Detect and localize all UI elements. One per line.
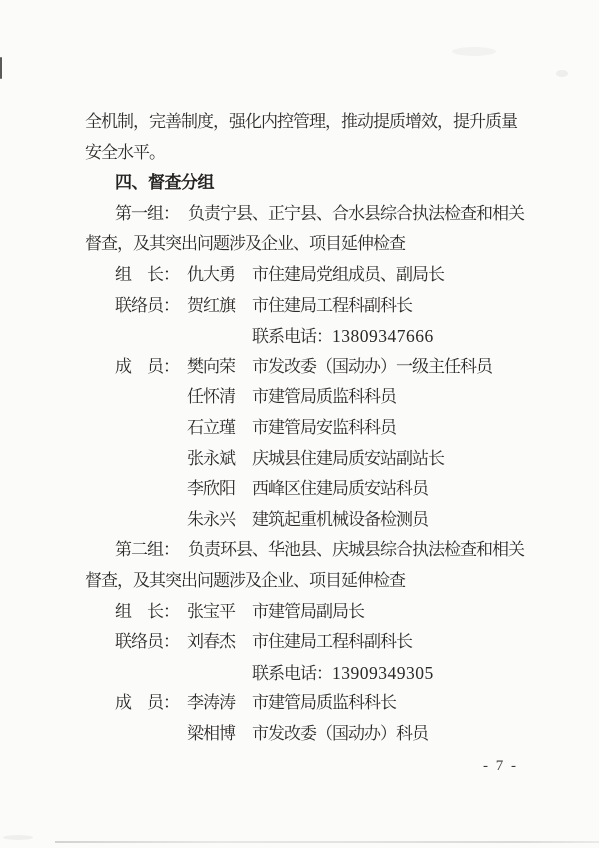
group-1-duty-line1: 负责宁县、正宁县、合水县综合执法检查和相关	[188, 204, 524, 224]
person-title: 市住建局党组成员、副局长	[252, 265, 444, 285]
phone-number: 13809347666	[332, 326, 434, 346]
phone-label: 联系电话：	[252, 664, 332, 683]
person-title: 市住建局工程科副科长	[252, 296, 412, 316]
role-label: 联络员：	[115, 632, 179, 652]
person-name: 梁相博	[187, 724, 235, 744]
scan-smudge	[556, 70, 568, 77]
person-title: 市建管局安监科科员	[252, 418, 396, 438]
role-row: 组 长： 张宝平 市建管局副局长	[85, 602, 545, 624]
role-label: 成 员：	[115, 357, 179, 377]
group-1-header: 第一组： 负责宁县、正宁县、合水县综合执法检查和相关	[85, 204, 545, 226]
scanned-document-page: 全机制，完善制度，强化内控管理，推动提质增效，提升质量 安全水平。 四、督查分组…	[0, 0, 599, 848]
person-name: 朱永兴	[187, 510, 235, 530]
person-name: 刘春杰	[187, 632, 235, 652]
phone-number: 13909349305	[332, 663, 434, 683]
member-row: 李欣阳 西峰区住建局质安站科员	[85, 479, 545, 501]
person-title: 市建管局质监科科长	[252, 693, 396, 713]
person-title: 市建管局质监科科员	[252, 387, 396, 407]
group-2-header: 第二组： 负责环县、华池县、庆城县综合执法检查和相关	[85, 540, 545, 562]
section-heading: 四、督查分组	[115, 173, 214, 195]
role-row: 联络员： 贺红旗 市住建局工程科副科长	[85, 296, 545, 318]
role-row: 联络员： 刘春杰 市住建局工程科副科长	[85, 632, 545, 654]
page-number: - 7 -	[483, 758, 518, 775]
group-1-duty-line2: 督查，及其突出问题涉及企业、项目延伸检查	[85, 234, 405, 256]
role-label: 成 员：	[115, 693, 179, 713]
member-row: 朱永兴 建筑起重机械设备检测员	[85, 510, 545, 532]
paragraph-line: 全机制，完善制度，强化内控管理，推动提质增效，提升质量	[85, 112, 517, 134]
member-row: 张永斌 庆城县住建局质安站副站长	[85, 449, 545, 471]
person-title: 市发改委（国动办）科员	[252, 724, 428, 744]
scan-smudge	[452, 47, 496, 56]
scan-bottom-line-artifact	[55, 841, 599, 843]
paragraph-line: 安全水平。	[85, 143, 165, 165]
person-title: 建筑起重机械设备检测员	[252, 510, 428, 530]
role-row: 成 员： 李涛涛 市建管局质监科科长	[85, 693, 545, 715]
group-1-label: 第一组：	[115, 204, 179, 224]
person-title: 庆城县住建局质安站副站长	[252, 449, 444, 469]
group-2-label: 第二组：	[115, 540, 179, 560]
person-name: 李涛涛	[187, 693, 235, 713]
person-title: 市住建局工程科副科长	[252, 632, 412, 652]
role-label: 组 长：	[115, 265, 179, 285]
role-row: 成 员： 樊向荣 市发改委（国动办）一级主任科员	[85, 357, 545, 379]
phone-label: 联系电话：	[252, 327, 332, 346]
member-row: 任怀清 市建管局质监科科员	[85, 387, 545, 409]
person-name: 仇大勇	[187, 265, 235, 285]
phone-line: 联系电话：13809347666	[252, 326, 434, 347]
person-name: 李欣阳	[187, 479, 235, 499]
person-name: 石立瑾	[187, 418, 235, 438]
group-2-duty-line2: 督查，及其突出问题涉及企业、项目延伸检查	[85, 571, 405, 593]
scan-smudge	[3, 835, 33, 840]
phone-line: 联系电话：13909349305	[252, 663, 434, 684]
person-title: 市建管局副局长	[252, 602, 364, 622]
role-label: 联络员：	[115, 296, 179, 316]
person-title: 西峰区住建局质安站科员	[252, 479, 428, 499]
scan-edge-artifact	[0, 57, 2, 79]
group-2-duty-line1: 负责环县、华池县、庆城县综合执法检查和相关	[188, 540, 524, 560]
person-name: 樊向荣	[187, 357, 235, 377]
role-row: 组 长： 仇大勇 市住建局党组成员、副局长	[85, 265, 545, 287]
person-title: 市发改委（国动办）一级主任科员	[252, 357, 492, 377]
person-name: 任怀清	[187, 387, 235, 407]
person-name: 张宝平	[187, 602, 235, 622]
member-row: 石立瑾 市建管局安监科科员	[85, 418, 545, 440]
phone-row: 联系电话：13809347666	[85, 326, 545, 348]
person-name: 贺红旗	[187, 296, 235, 316]
role-label: 组 长：	[115, 602, 179, 622]
member-row: 梁相博 市发改委（国动办）科员	[85, 724, 545, 746]
phone-row: 联系电话：13909349305	[85, 663, 545, 685]
person-name: 张永斌	[187, 449, 235, 469]
